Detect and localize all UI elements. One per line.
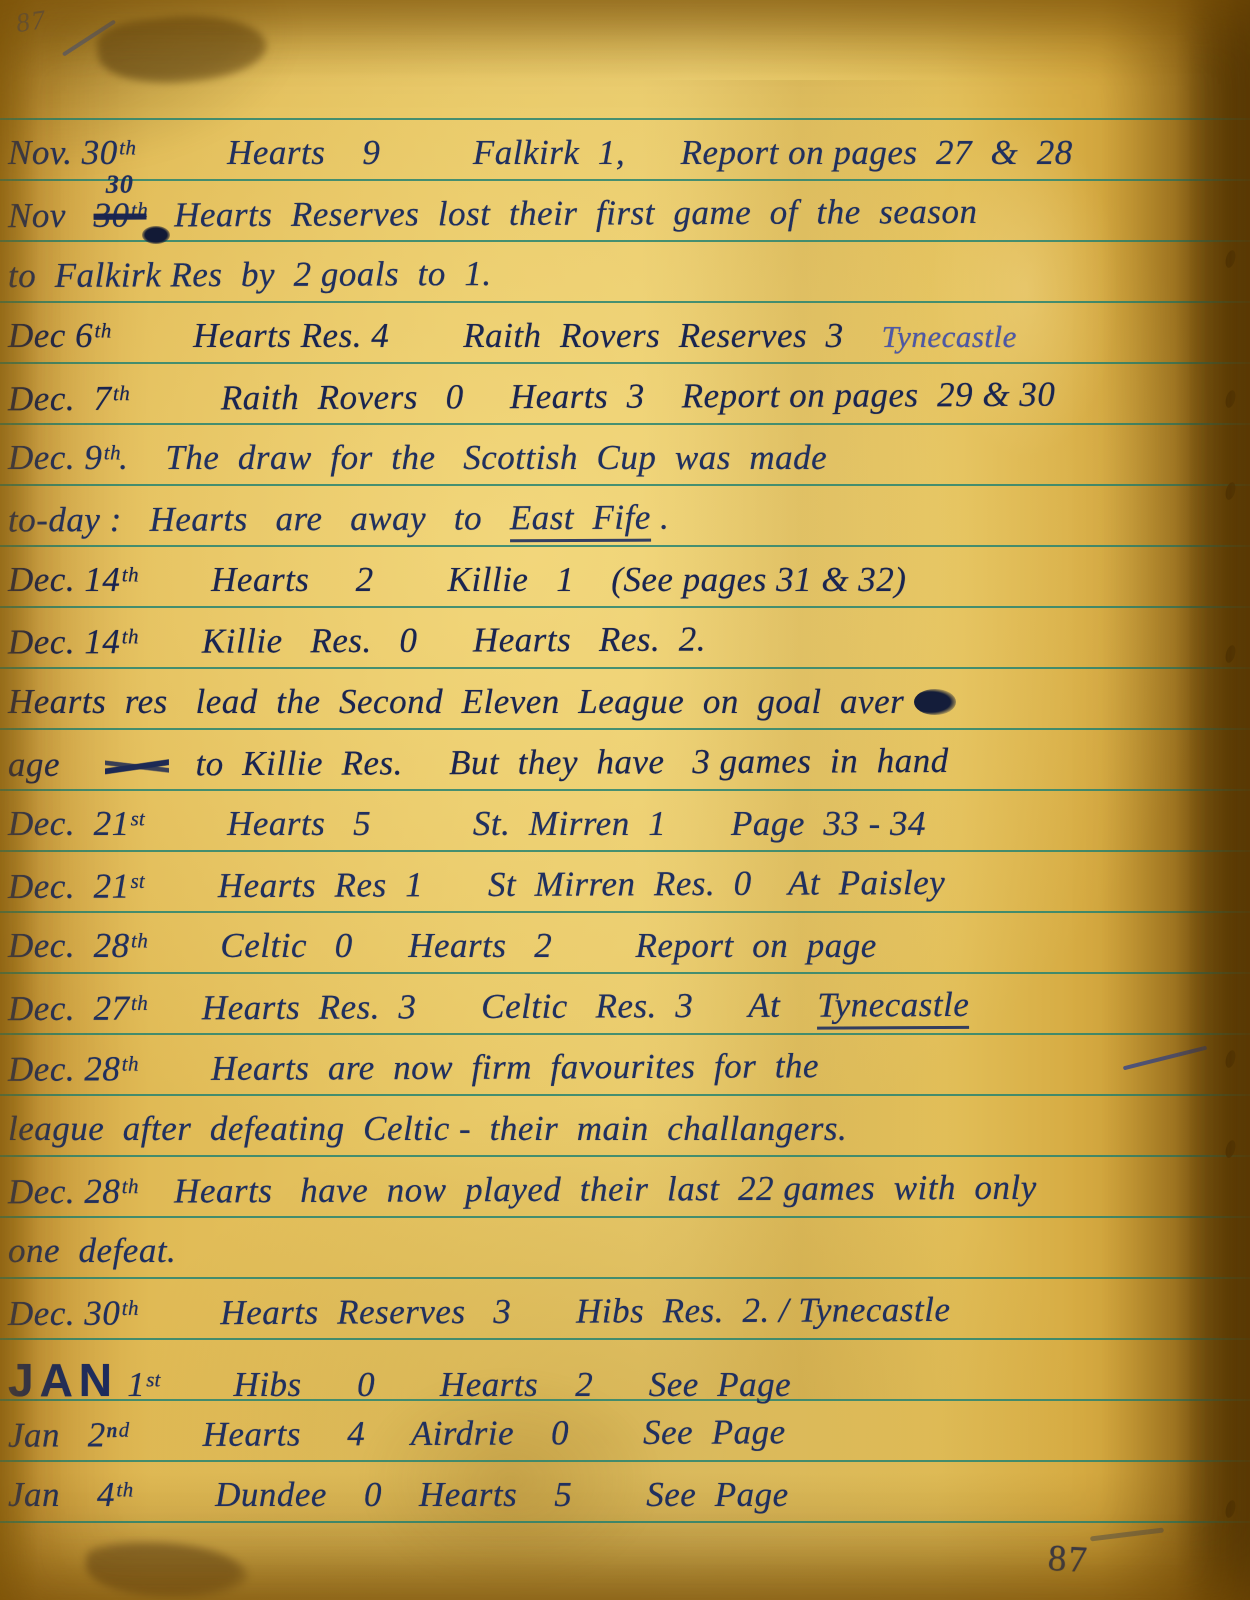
journal-line: Dec 6ᵗʰ Hearts Res. 4 Raith Rovers Reser… bbox=[8, 316, 1017, 368]
journal-line: league after defeating Celtic - their ma… bbox=[8, 1109, 847, 1161]
journal-line: to Falkirk Res by 2 goals to 1. bbox=[8, 254, 492, 308]
journal-line: Dec. 28ᵗʰ Hearts are now firm favourites… bbox=[8, 1046, 819, 1102]
line-text: . bbox=[651, 498, 670, 537]
notebook-page: 87 Nov. 30ᵗʰ Hearts 9 Falkirk 1, Report … bbox=[0, 0, 1250, 1600]
glue-smudge-bottom-left bbox=[85, 1539, 249, 1600]
journal-line: Dec. 28ᵗʰ Hearts have now played their l… bbox=[8, 1168, 1037, 1224]
page-number-bottom-right: 87 bbox=[1047, 1537, 1090, 1582]
journal-line: Dec. 9ᵗʰ. The draw for the Scottish Cup … bbox=[8, 438, 827, 490]
line-text: Dec 6ᵗʰ Hearts Res. 4 Raith Rovers Reser… bbox=[8, 316, 844, 355]
line-text: Nov bbox=[8, 196, 94, 235]
journal-line: Dec. 27ᵗʰ Hearts Res. 3 Celtic Res. 3 At… bbox=[8, 985, 970, 1041]
journal-line: Dec. 28ᵗʰ Celtic 0 Hearts 2 Report on pa… bbox=[8, 926, 877, 978]
scribbled-out-word bbox=[105, 755, 169, 777]
line-text: 1ˢᵗ Hibs 0 Hearts 2 See Page bbox=[118, 1365, 791, 1404]
journal-line: Dec. 21ˢᵗ Hearts 5 St. Mirren 1 Page 33 … bbox=[8, 804, 926, 856]
ink-blot-strike bbox=[142, 226, 170, 244]
journal-line: age to Killie Res. But they have 3 games… bbox=[8, 741, 949, 797]
month-heading: JAN bbox=[8, 1354, 118, 1406]
journal-line: JAN 1ˢᵗ Hibs 0 Hearts 2 See Page bbox=[8, 1353, 791, 1405]
struck-text: 30ᵗʰ bbox=[94, 196, 147, 235]
journal-line: Dec. 14ᵗʰ Killie Res. 0 Hearts Res. 2. bbox=[8, 619, 706, 674]
journal-line: Nov. 30ᵗʰ Hearts 9 Falkirk 1, Report on … bbox=[8, 133, 1073, 185]
line-text: age bbox=[8, 745, 97, 784]
journal-line: Jan 2ⁿᵈ Hearts 4 Airdrie 0 See Page bbox=[8, 1412, 786, 1467]
journal-line: one defeat. bbox=[8, 1231, 176, 1283]
line-text: Hearts res lead the Second Eleven League… bbox=[8, 682, 904, 721]
underlined-text: East Fife bbox=[510, 498, 651, 543]
journal-line: Hearts res lead the Second Eleven League… bbox=[8, 682, 956, 734]
line-text: Hearts Reserves lost their first game of… bbox=[146, 192, 977, 235]
line-text: Dec. 27ᵗʰ Hearts Res. 3 Celtic Res. 3 At bbox=[8, 986, 817, 1029]
journal-line: Dec. 14ᵗʰ Hearts 2 Killie 1 (See pages 3… bbox=[8, 560, 906, 612]
date-correction: 30 bbox=[106, 170, 134, 200]
pencil-dash-mark bbox=[1090, 1528, 1164, 1542]
ink-blot bbox=[914, 689, 956, 715]
venue-note: Tynecastle bbox=[882, 319, 1017, 354]
journal-line: to-day : Hearts are away to East Fife . bbox=[8, 498, 670, 553]
line-text: to Killie Res. But they have 3 games in … bbox=[177, 741, 949, 783]
page-number-top-left: 87 bbox=[14, 4, 49, 39]
journal-line: Dec. 30ᵗʰ Hearts Reserves 3 Hibs Res. 2.… bbox=[8, 1290, 951, 1346]
journal-line: Jan 4ᵗʰ Dundee 0 Hearts 5 See Page bbox=[8, 1475, 789, 1527]
journal-line: Dec. 21ˢᵗ Hearts Res 1 St Mirren Res. 0 … bbox=[8, 863, 945, 919]
line-text: to-day : Hearts are away to bbox=[8, 498, 510, 539]
underlined-text: Tynecastle bbox=[817, 985, 969, 1030]
journal-line: Dec. 7ᵗʰ Raith Rovers 0 Hearts 3 Report … bbox=[8, 375, 1056, 432]
